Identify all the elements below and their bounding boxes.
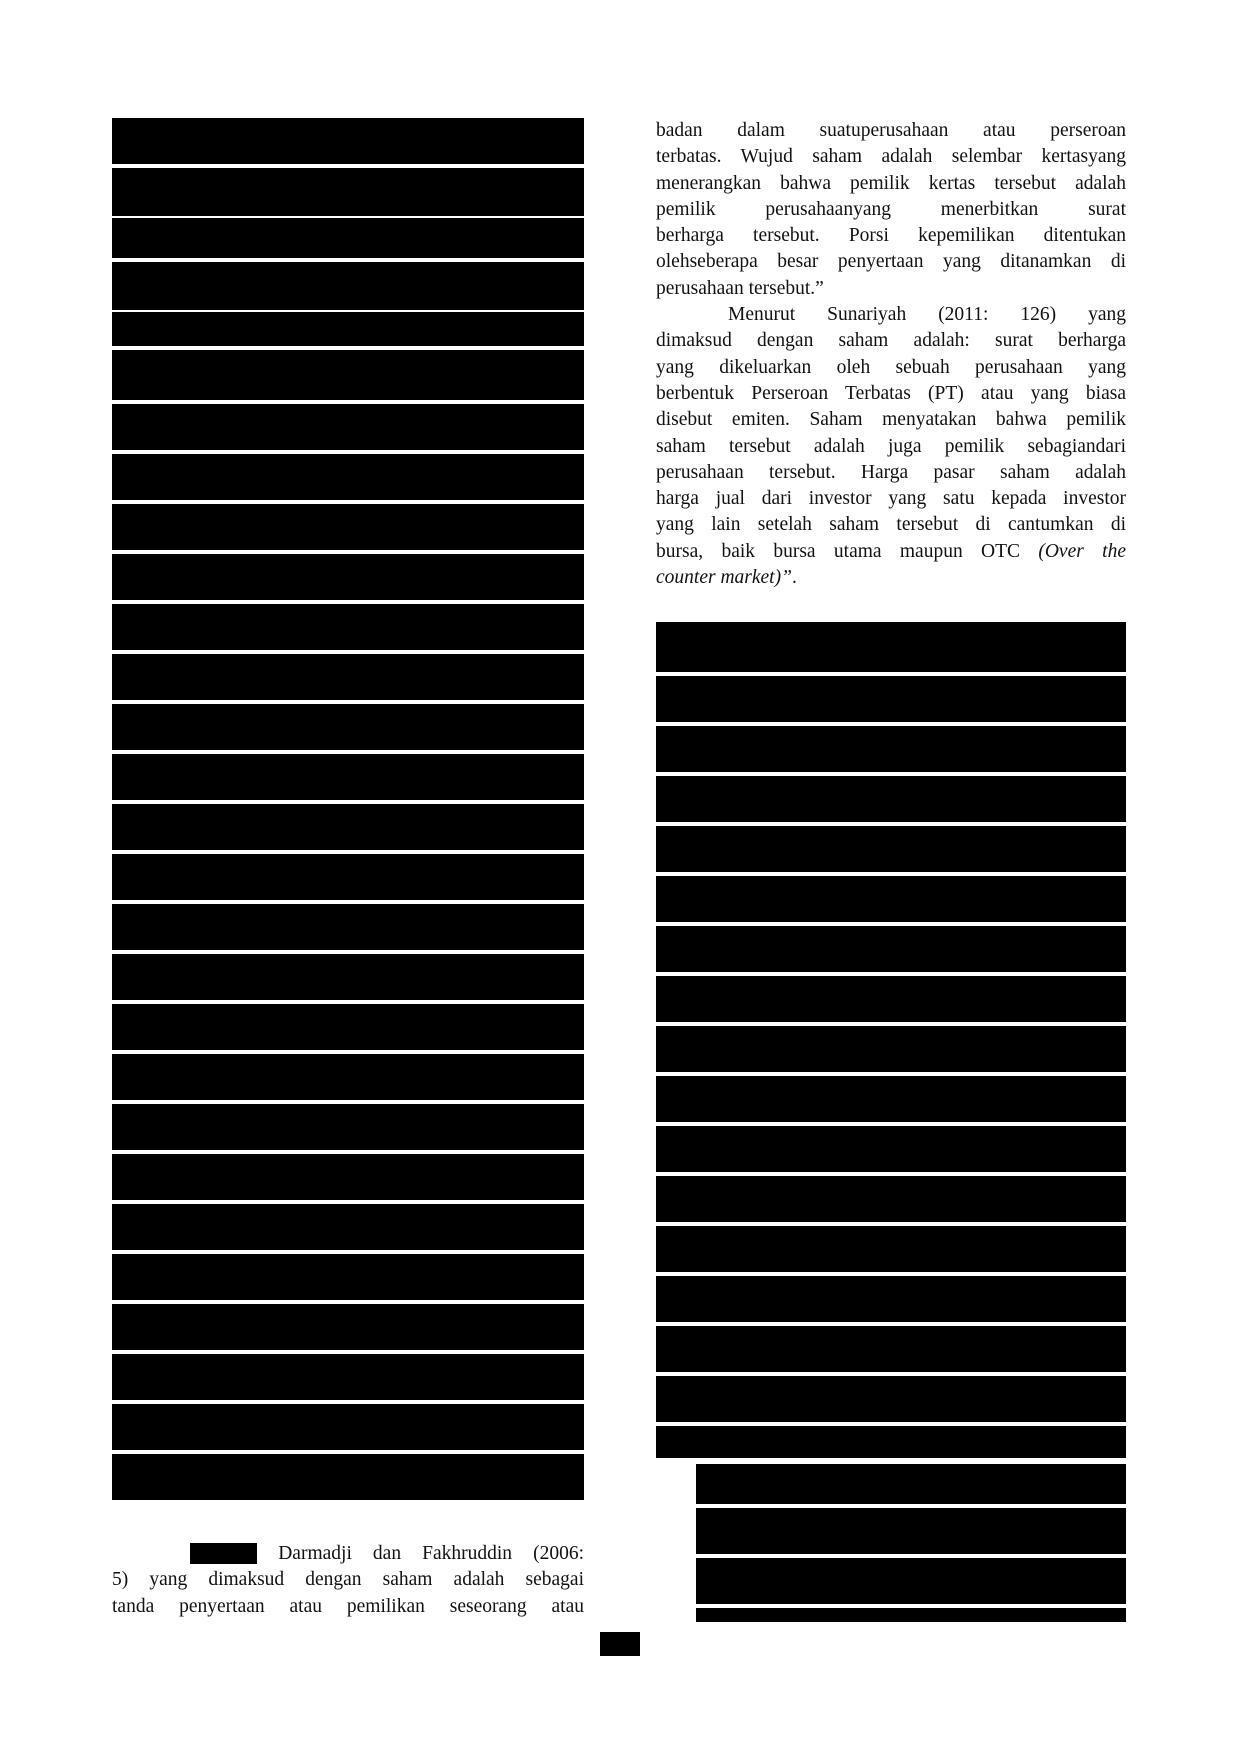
redaction-bar xyxy=(112,262,584,310)
redaction-bar xyxy=(112,954,584,1000)
redaction-bar xyxy=(112,1454,584,1500)
text-line: tanda penyertaan atau pemilikan seseoran… xyxy=(112,1594,584,1620)
redaction-bar xyxy=(112,704,584,750)
redaction-bar xyxy=(112,454,584,500)
redaction-bar xyxy=(696,1464,1126,1504)
redaction-bar xyxy=(112,118,584,164)
redaction-bar xyxy=(656,826,1126,872)
left-bottom-paragraph: Menurut Darmadji dan Fakhruddin (2006: 5… xyxy=(112,1541,584,1620)
redaction-bar xyxy=(656,726,1126,772)
redaction-bar xyxy=(112,804,584,850)
redaction-bar xyxy=(696,1508,1126,1554)
redaction-bar xyxy=(112,168,584,216)
redaction-bar xyxy=(656,776,1126,822)
redaction-bar xyxy=(112,1304,584,1350)
redaction-bar xyxy=(112,1404,584,1450)
redaction-bar xyxy=(112,218,584,258)
redaction-bar xyxy=(656,622,1126,672)
redaction-bar xyxy=(112,654,584,700)
redaction-bar xyxy=(112,1204,584,1250)
redaction-bar xyxy=(112,1104,584,1150)
left-column: Menurut Darmadji dan Fakhruddin (2006: 5… xyxy=(112,0,584,1754)
redaction-bar xyxy=(112,350,584,400)
redaction-bar xyxy=(656,1226,1126,1272)
redaction-bar xyxy=(112,504,584,550)
redaction-bar xyxy=(112,1054,584,1100)
redaction-bar xyxy=(696,1558,1126,1604)
redaction-bar xyxy=(656,1026,1126,1072)
redaction-bar xyxy=(656,1376,1126,1422)
redaction-bar xyxy=(696,1608,1126,1622)
redaction-bar xyxy=(656,1426,1126,1458)
text-line: Menurut Darmadji dan Fakhruddin (2006: xyxy=(112,1541,584,1567)
right-column-redacted xyxy=(656,0,1126,1754)
redaction-bar xyxy=(112,604,584,650)
redaction-bar xyxy=(112,554,584,600)
redaction-bar xyxy=(112,1254,584,1300)
redaction-bar xyxy=(656,926,1126,972)
redacted-word: Menurut xyxy=(190,1543,257,1564)
redaction-bar xyxy=(112,854,584,900)
redaction-bar xyxy=(656,1076,1126,1122)
redaction-bar xyxy=(656,676,1126,722)
redaction-bar xyxy=(112,904,584,950)
redaction-bar xyxy=(112,312,584,346)
redaction-bar xyxy=(112,404,584,450)
redaction-bar xyxy=(656,876,1126,922)
redaction-bar xyxy=(112,1154,584,1200)
page-number-redacted xyxy=(600,1632,640,1656)
redaction-bar xyxy=(656,1126,1126,1172)
text-segment: Darmadji dan Fakhruddin (2006: xyxy=(278,1543,584,1564)
redaction-bar xyxy=(656,1276,1126,1322)
redaction-bar xyxy=(112,1004,584,1050)
redaction-bar xyxy=(112,754,584,800)
redaction-bar xyxy=(112,1354,584,1400)
redaction-bar xyxy=(656,976,1126,1022)
text-line: 5) yang dimaksud dengan saham adalah seb… xyxy=(112,1567,584,1593)
redaction-bar xyxy=(656,1326,1126,1372)
redaction-bar xyxy=(656,1176,1126,1222)
paragraph-darmadji: Menurut Darmadji dan Fakhruddin (2006: 5… xyxy=(112,1541,584,1620)
